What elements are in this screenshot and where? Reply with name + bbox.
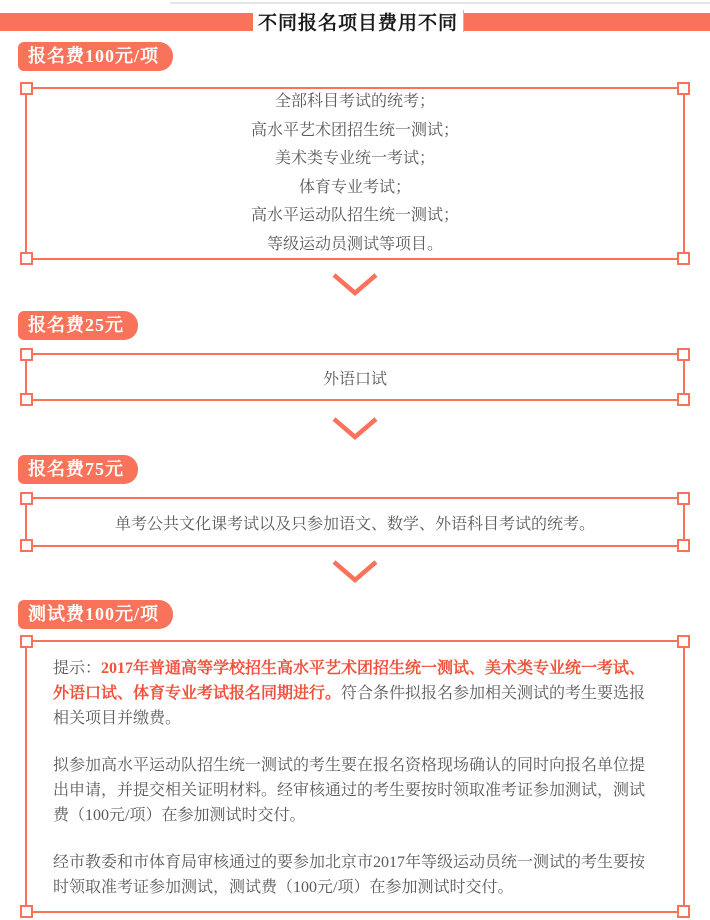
top-crop-artifact [170,2,710,4]
list-item: 体育专业考试； [299,174,411,203]
corner-ornament [677,393,690,406]
list-item: 单考公共文化课考试以及只参加语文、数学、外语科目考试的统考。 [115,511,595,534]
corner-ornament [677,348,690,361]
fee-tag-test-100: 测试费100元/项 [18,600,173,629]
infographic-page: 不同报名项目费用不同 报名费100元/项 全部科目考试的统考； 高水平艺术团招生… [0,0,710,920]
corner-ornament [677,635,690,648]
chevron-down-icon [332,417,378,441]
corner-ornament [20,82,33,95]
corner-ornament [20,635,33,648]
tip-prefix: 提示： [53,660,101,677]
list-item: 外语口试 [323,366,387,389]
paragraph: 经市教委和市体育局审核通过的要参加北京市2017年等级运动员统一测试的考生要按时… [53,850,659,900]
corner-ornament [677,539,690,552]
corner-ornament [20,905,33,918]
corner-ornament [677,252,690,265]
list-item: 全部科目考试的统考； [275,88,435,117]
corner-ornament [20,492,33,505]
corner-ornament [20,539,33,552]
corner-ornament [20,348,33,361]
corner-ornament [20,393,33,406]
corner-ornament [20,252,33,265]
fee-tag-registration-25: 报名费25元 [18,311,138,340]
fee-tag-registration-100: 报名费100元/项 [18,42,173,71]
fee-box-registration-25: 外语口试 [25,353,685,401]
tip-paragraph: 提示：2017年普通高等学校招生高水平艺术团招生统一测试、美术类专业统一考试、外… [53,656,659,731]
page-title: 不同报名项目费用不同 [253,10,464,32]
fee-box-registration-75: 单考公共文化课考试以及只参加语文、数学、外语科目考试的统考。 [25,497,685,547]
corner-ornament [677,82,690,95]
fee-tag-registration-75: 报名费75元 [18,455,138,484]
list-item: 高水平运动队招生统一测试； [251,202,459,231]
paragraph: 拟参加高水平运动队招生统一测试的考生要在报名资格现场确认的同时向报名单位提出申请… [53,753,659,828]
fee-box-registration-100: 全部科目考试的统考； 高水平艺术团招生统一测试； 美术类专业统一考试； 体育专业… [25,87,685,260]
list-item: 高水平艺术团招生统一测试； [251,117,459,146]
list-item: 等级运动员测试等项目。 [267,231,443,260]
corner-ornament [677,492,690,505]
corner-ornament [677,905,690,918]
chevron-down-icon [332,560,378,584]
list-item: 美术类专业统一考试； [275,145,435,174]
fee-box-test-100: 提示：2017年普通高等学校招生高水平艺术团招生统一测试、美术类专业统一考试、外… [25,640,685,913]
chevron-down-icon [332,273,378,297]
